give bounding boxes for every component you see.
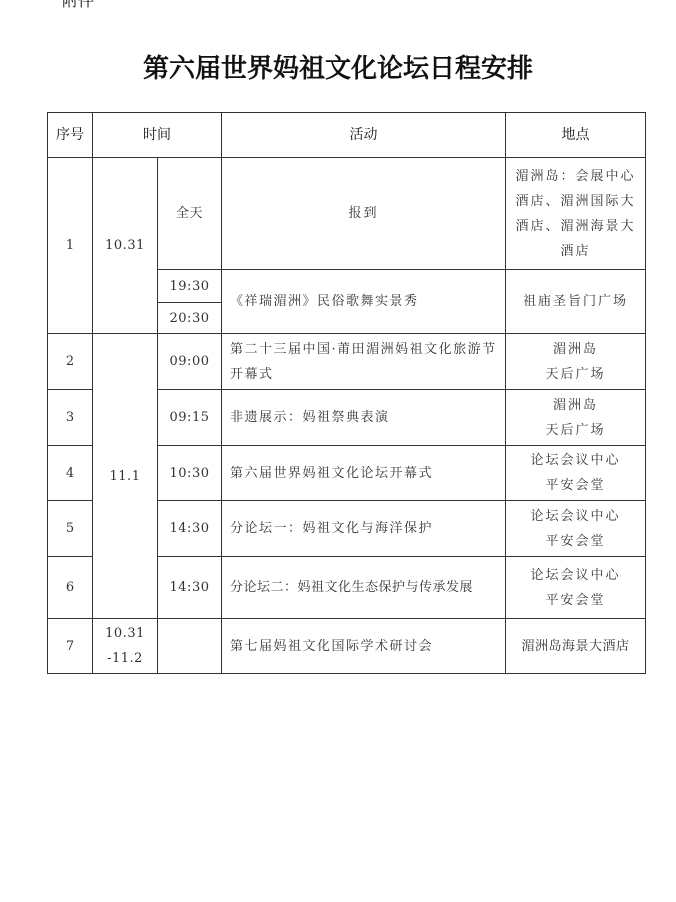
row-time: 10:30 — [158, 446, 222, 501]
venue-line-1: 湄洲岛 — [512, 393, 639, 418]
row-activity: 《祥瑞湄洲》民俗歌舞实景秀 — [222, 270, 506, 334]
row-time — [158, 619, 222, 674]
date-line-1: 10.31 — [93, 621, 157, 646]
row-time: 09:15 — [158, 390, 222, 446]
row-time: 14:30 — [158, 501, 222, 557]
row-time: 14:30 — [158, 557, 222, 619]
row-time-end: 20:30 — [158, 303, 222, 334]
venue-line-1: 湄洲岛 — [512, 337, 639, 362]
date-line-2: -11.2 — [93, 646, 157, 671]
row-date: 10.31 -11.2 — [93, 619, 158, 674]
row-index: 2 — [48, 334, 93, 390]
header-index: 序号 — [48, 113, 93, 158]
row-activity: 报到 — [222, 158, 506, 270]
row-activity: 第二十三届中国·莆田湄洲妈祖文化旅游节开幕式 — [222, 334, 506, 390]
venue-line-2: 平安会堂 — [512, 473, 639, 498]
table-row: 7 10.31 -11.2 第七届妈祖文化国际学术研讨会 湄洲岛海景大酒店 — [48, 619, 646, 674]
row-venue: 湄洲岛 天后广场 — [506, 390, 646, 446]
row-time: 全天 — [158, 158, 222, 270]
schedule-table: 序号 时间 活动 地点 1 10.31 全天 报到 湄洲岛：会展中心酒店、湄洲国… — [47, 112, 646, 674]
attachment-label: 附件 — [62, 0, 94, 11]
venue-line-2: 天后广场 — [512, 418, 639, 443]
row-venue: 湄洲岛海景大酒店 — [506, 619, 646, 674]
table-row: 1 10.31 全天 报到 湄洲岛：会展中心酒店、湄洲国际大酒店、湄洲海景大酒店 — [48, 158, 646, 270]
row-activity: 分论坛二：妈祖文化生态保护与传承发展 — [222, 557, 506, 619]
header-time: 时间 — [93, 113, 222, 158]
venue-line-2: 平安会堂 — [512, 529, 639, 554]
row-time-start: 19:30 — [158, 270, 222, 303]
row-activity: 第七届妈祖文化国际学术研讨会 — [222, 619, 506, 674]
row-venue: 湄洲岛 天后广场 — [506, 334, 646, 390]
row-index: 1 — [48, 158, 93, 334]
row-index: 6 — [48, 557, 93, 619]
venue-line-2: 平安会堂 — [512, 588, 639, 613]
row-activity: 分论坛一：妈祖文化与海洋保护 — [222, 501, 506, 557]
row-index: 5 — [48, 501, 93, 557]
row-venue: 湄洲岛：会展中心酒店、湄洲国际大酒店、湄洲海景大酒店 — [506, 158, 646, 270]
venue-line-1: 论坛会议中心 — [512, 448, 639, 473]
row-venue: 论坛会议中心 平安会堂 — [506, 446, 646, 501]
page-title: 第六届世界妈祖文化论坛日程安排 — [0, 48, 676, 85]
row-activity: 非遗展示：妈祖祭典表演 — [222, 390, 506, 446]
table-row: 2 11.1 09:00 第二十三届中国·莆田湄洲妈祖文化旅游节开幕式 湄洲岛 … — [48, 334, 646, 390]
row-venue: 论坛会议中心 平安会堂 — [506, 501, 646, 557]
venue-line-1: 论坛会议中心 — [512, 563, 639, 588]
row-activity: 第六届世界妈祖文化论坛开幕式 — [222, 446, 506, 501]
venue-line-1: 论坛会议中心 — [512, 504, 639, 529]
row-venue: 论坛会议中心 平安会堂 — [506, 557, 646, 619]
row-time: 09:00 — [158, 334, 222, 390]
header-activity: 活动 — [222, 113, 506, 158]
row-venue: 祖庙圣旨门广场 — [506, 270, 646, 334]
venue-line-2: 天后广场 — [512, 362, 639, 387]
row-index: 3 — [48, 390, 93, 446]
row-date: 11.1 — [93, 334, 158, 619]
row-index: 7 — [48, 619, 93, 674]
row-index: 4 — [48, 446, 93, 501]
header-venue: 地点 — [506, 113, 646, 158]
row-date: 10.31 — [93, 158, 158, 334]
table-header-row: 序号 时间 活动 地点 — [48, 113, 646, 158]
